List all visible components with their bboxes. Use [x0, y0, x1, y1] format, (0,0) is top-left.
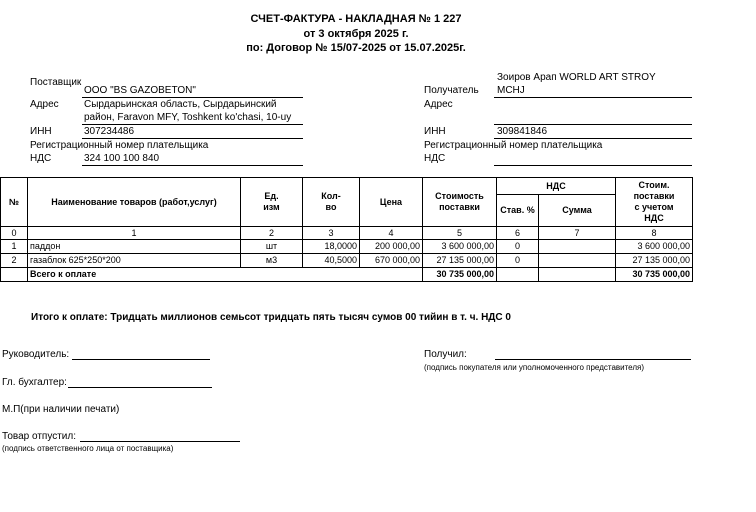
recipient-nds-underline [494, 165, 692, 166]
header-name: Наименование товаров (работ,услуг) [28, 178, 241, 227]
header-qty: Кол-во [303, 178, 360, 227]
recipient-inn-label: ИНН [424, 126, 446, 137]
header-nds-rate: Став. % [497, 195, 539, 227]
header-nds: НДС [497, 178, 616, 195]
supplier-address-line1: Сырдарьинская область, Сырдарьинский [84, 99, 277, 110]
released-note: (подпись ответственного лица от поставщи… [2, 444, 173, 453]
header-nds-sum: Сумма [539, 195, 616, 227]
director-label: Руководитель: [2, 349, 69, 360]
invoice-date: от 3 октября 2025 г. [0, 28, 734, 40]
header-price: Цена [360, 178, 423, 227]
invoice-table: № Наименование товаров (работ,услуг) Ед.… [0, 177, 693, 282]
supplier-address-underline [82, 124, 303, 125]
total-label: Всего к оплате [28, 268, 423, 282]
accountant-label: Гл. бухгалтер: [2, 377, 67, 388]
summary-text: Итого к оплате: Тридцать миллионов семьс… [31, 312, 511, 323]
header-num: № [1, 178, 28, 227]
table-total-row: Всего к оплате 30 735 000,00 30 735 000,… [1, 268, 693, 282]
recipient-name-underline [494, 97, 692, 98]
total-cost: 30 735 000,00 [423, 268, 497, 282]
supplier-nds: 324 100 100 840 [84, 153, 159, 164]
supplier-inn-underline [82, 138, 303, 139]
recipient-inn-underline [494, 138, 692, 139]
recipient-address-label: Адрес [424, 99, 453, 110]
supplier-nds-label: НДС [30, 153, 51, 164]
recipient-reg-label: Регистрационный номер плательщика [424, 140, 602, 151]
table-index-row: 0 1 2 3 4 5 6 7 8 [1, 227, 693, 240]
header-total: Стоим.поставкис учетомНДС [616, 178, 693, 227]
received-signature-line[interactable] [495, 359, 691, 360]
supplier-reg-label: Регистрационный номер плательщика [30, 140, 208, 151]
recipient-label: Получатель [424, 85, 479, 96]
supplier-address-label: Адрес [30, 99, 59, 110]
recipient-name-line1: Зоиров Арап WORLD ART STROY [497, 72, 656, 83]
received-label: Получил: [424, 349, 467, 360]
director-signature-line[interactable] [72, 359, 210, 360]
total-with-nds: 30 735 000,00 [616, 268, 693, 282]
supplier-address-line2: район, Faravon MFY, Toshkent ko'chasi, 1… [84, 112, 291, 123]
released-label: Товар отпустил: [2, 431, 76, 442]
released-signature-line[interactable] [80, 441, 240, 442]
supplier-nds-underline [82, 165, 303, 166]
stamp-label: М.П(при наличии печати) [2, 404, 119, 415]
accountant-signature-line[interactable] [68, 387, 212, 388]
supplier-inn-label: ИНН [30, 126, 52, 137]
recipient-name-line2: MCHJ [497, 85, 525, 96]
invoice-contract: по: Договор № 15/07-2025 от 15.07.2025г. [0, 42, 734, 54]
invoice-title: СЧЕТ-ФАКТУРА - НАКЛАДНАЯ № 1 227 [0, 13, 734, 25]
recipient-nds-label: НДС [424, 153, 445, 164]
table-row: 1 паддон шт 18,0000 200 000,00 3 600 000… [1, 240, 693, 254]
table-header-row: № Наименование товаров (работ,услуг) Ед.… [1, 178, 693, 195]
supplier-name-underline [82, 97, 303, 98]
table-row: 2 газаблок 625*250*200 м3 40,5000 670 00… [1, 254, 693, 268]
header-cost: Стоимостьпоставки [423, 178, 497, 227]
received-note: (подпись покупателя или уполномоченного … [424, 363, 644, 372]
supplier-name: ООО "BS GAZOBETON" [84, 85, 196, 96]
recipient-address-underline [494, 124, 692, 125]
supplier-inn: 307234486 [84, 126, 134, 137]
supplier-label: Поставщик [30, 77, 81, 88]
recipient-inn: 309841846 [497, 126, 547, 137]
header-unit: Ед.изм [241, 178, 303, 227]
